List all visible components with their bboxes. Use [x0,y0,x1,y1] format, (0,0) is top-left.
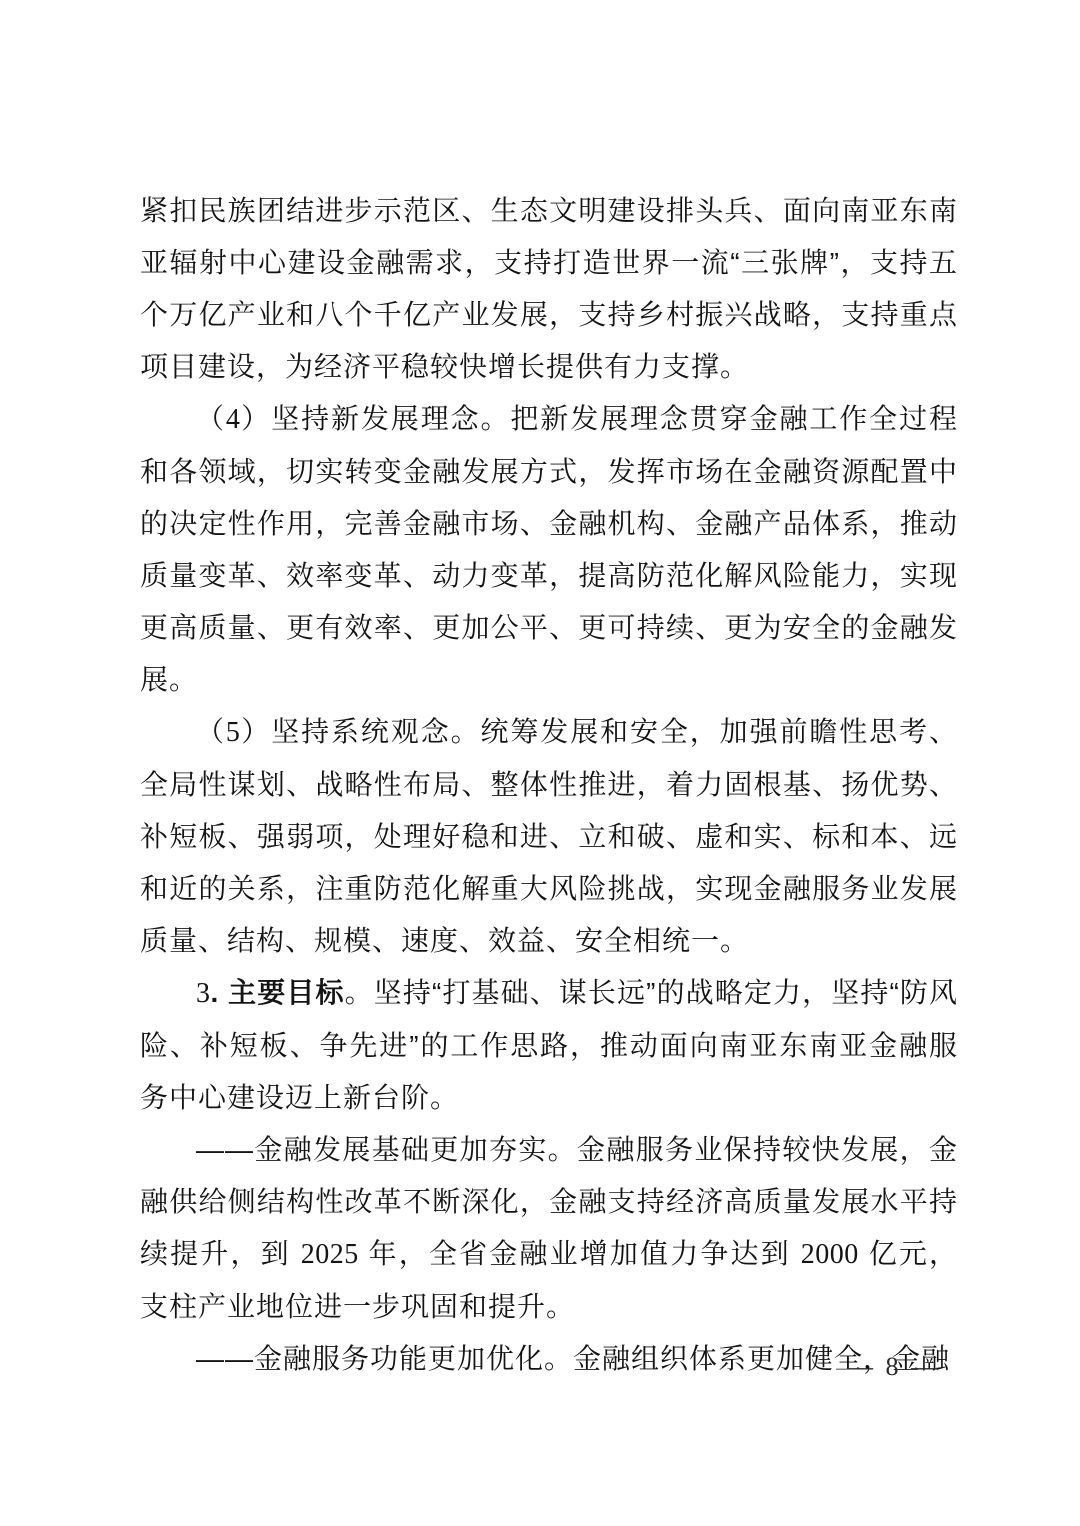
paragraph: （5）坚持系统观念。统筹发展和安全，加强前瞻性思考、全局性谋划、战略性布局、整体… [140,706,958,967]
document-page: 紧扣民族团结进步示范区、生态文明建设排头兵、面向南亚东南亚辐射中心建设金融需求，… [0,0,1080,1526]
paragraph: （4）坚持新发展理念。把新发展理念贯穿金融工作全过程和各领域，切实转变金融发展方… [140,393,958,706]
document-body: 紧扣民族团结进步示范区、生态文明建设排头兵、面向南亚东南亚辐射中心建设金融需求，… [140,185,958,1385]
text-run: （5）坚持系统观念。统筹发展和安全，加强前瞻性思考、全局性谋划、战略性布局、整体… [140,716,958,956]
page-number: — 8 — [847,1352,940,1382]
text-run: （4）坚持新发展理念。把新发展理念贯穿金融工作全过程和各领域，切实转变金融发展方… [140,403,958,695]
numeral: 4 [226,404,241,435]
numeral: 2025 [301,1239,359,1270]
text-run: ——金融服务功能更加优化。金融组织体系更加健全，金融 [196,1343,950,1374]
paragraph: 3. 主要目标。坚持“打基础、谋长远”的战略定力，坚持“防风险、补短板、争先进”… [140,967,958,1124]
paragraph: ——金融服务功能更加优化。金融组织体系更加健全，金融 [140,1333,958,1385]
paragraph: ——金融发展基础更加夯实。金融服务业保持较快发展，金融供给侧结构性改革不断深化，… [140,1124,958,1333]
paragraph: 紧扣民族团结进步示范区、生态文明建设排头兵、面向南亚东南亚辐射中心建设金融需求，… [140,185,958,393]
text-run: ——金融发展基础更加夯实。金融服务业保持较快发展，金融供给侧结构性改革不断深化，… [140,1134,958,1322]
bold-run: 3. 主要目标 [196,977,345,1008]
numeral: 3 [196,978,211,1009]
text-run: 紧扣民族团结进步示范区、生态文明建设排头兵、面向南亚东南亚辐射中心建设金融需求，… [140,195,958,382]
numeral: 5 [226,717,241,748]
numeral: 2000 [801,1239,859,1270]
